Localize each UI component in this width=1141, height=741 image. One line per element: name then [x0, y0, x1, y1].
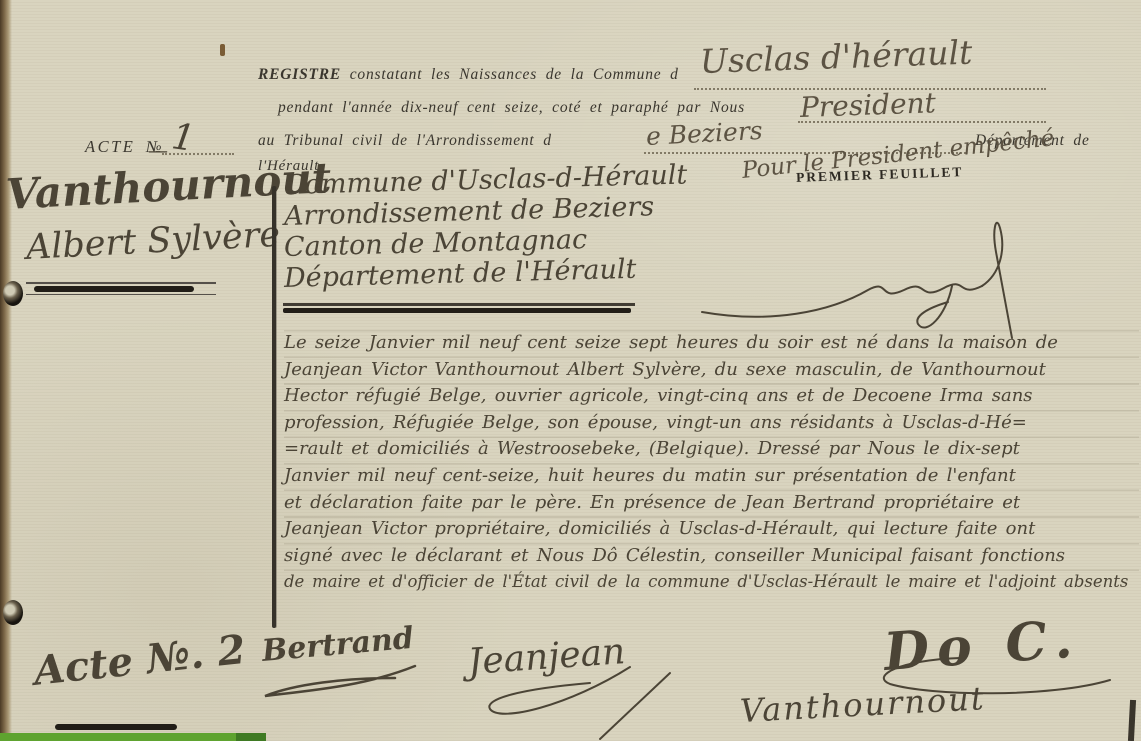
body-line: =rault et domiciliés à Westroosebeke, (B… [284, 436, 1139, 463]
commune-name-handwritten: Usclas d'hérault [699, 33, 973, 81]
body-line: et déclaration faite par le père. En pré… [284, 490, 1139, 517]
binder-hole-bottom [3, 600, 23, 625]
scan-green-bar [0, 733, 236, 741]
body-line: signé avec le déclarant et Nous Dô Céles… [284, 543, 1139, 570]
president-signature-scrawl [700, 190, 1120, 340]
body-line: Hector réfugié Belge, ouvrier agricole, … [284, 383, 1139, 410]
acte-dash: — [148, 138, 168, 162]
body-line: de maire et d'officier de l'État civil d… [284, 569, 1139, 596]
header-line3: au Tribunal civil de l'Arrondissement d [258, 132, 552, 150]
margin-name-line2: Albert Sylvère [25, 215, 281, 268]
header-registre-word: REGISTRE [258, 66, 341, 83]
margin-double-rule [26, 282, 216, 295]
header-line2: pendant l'année dix-neuf cent seize, cot… [278, 99, 745, 117]
president-handwritten: President [799, 86, 936, 124]
next-acte-underline [55, 724, 177, 730]
register-page: REGISTRE constatant les Naissances de la… [0, 0, 1141, 741]
jeanjean-signature-flourish [480, 665, 710, 741]
beziers-handwritten: e Beziers [645, 116, 763, 151]
vanthournout-signature: Vanthournout [739, 679, 986, 730]
commune-block: Commune d'Usclas-d-Hérault Arrondissemen… [284, 170, 687, 294]
body-line: Le seize Janvier mil neuf cent seize sep… [284, 330, 1139, 357]
acte-body-text: Le seize Janvier mil neuf cent seize sep… [284, 330, 1139, 596]
bertrand-signature-flourish [255, 660, 425, 700]
margin-vertical-rule [272, 186, 276, 628]
page-binding-edge [0, 0, 12, 741]
binder-hole-top [3, 281, 23, 306]
header-line1: REGISTRE constatant les Naissances de la… [258, 66, 679, 84]
next-acte-label: Acte №. 2 [32, 626, 248, 695]
body-line: Jeanjean Victor propriétaire, domiciliés… [284, 516, 1139, 543]
commune-block-rule [283, 303, 635, 313]
body-line: profession, Réfugiée Belge, son épouse, … [284, 410, 1139, 437]
header-line1-rest: constatant les Naissances de la Commune … [341, 66, 679, 83]
scan-green-bar-dark [236, 733, 266, 741]
body-line: Janvier mil neuf cent-seize, huit heures… [284, 463, 1139, 490]
paper-speck [220, 44, 225, 56]
acte-number-fill-line [162, 153, 234, 155]
page-fold-mark [1128, 700, 1136, 741]
body-line: Jeanjean Victor Vanthournout Albert Sylv… [284, 357, 1139, 384]
